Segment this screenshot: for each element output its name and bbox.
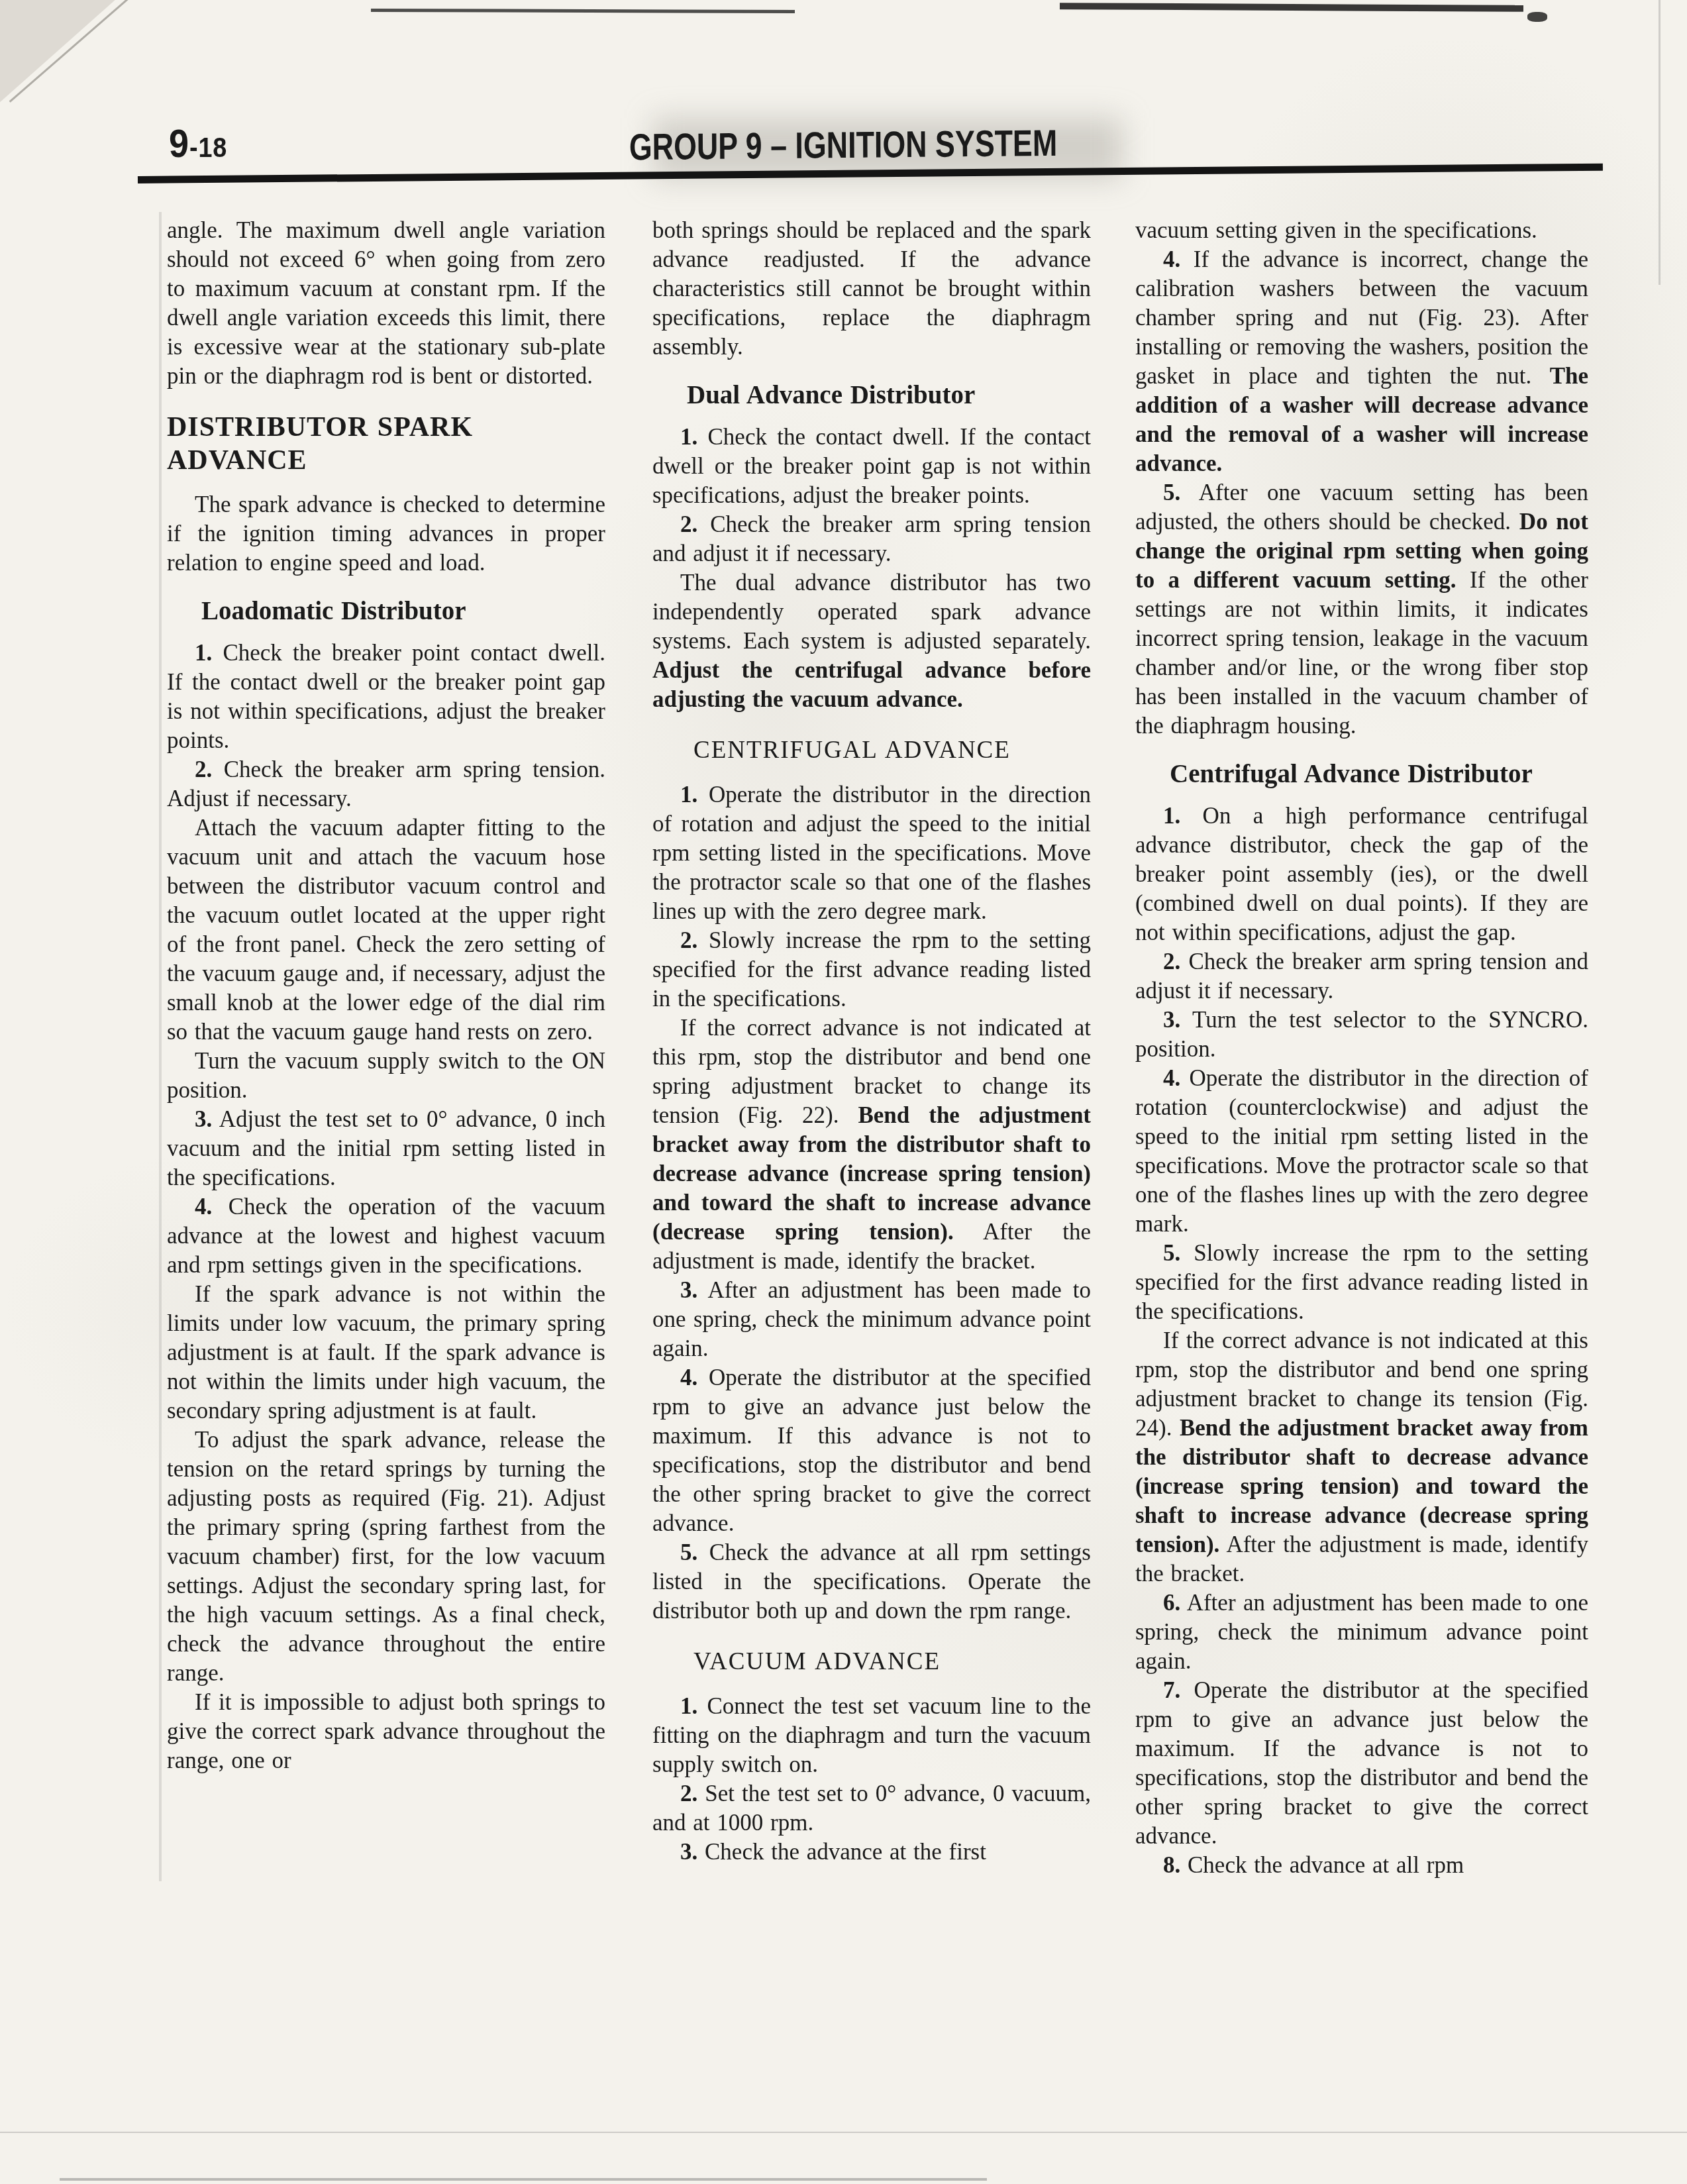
paragraph: angle. The maximum dwell angle variation…: [167, 216, 605, 391]
paragraph: 1. On a high performance centrifugal adv…: [1135, 802, 1588, 947]
text-run: vacuum setting given in the specificatio…: [1135, 217, 1537, 243]
paragraph: 4. Operate the distributor in the direct…: [1135, 1064, 1588, 1239]
sub-heading: Dual Advance Distributor: [652, 380, 1091, 411]
paragraph: 1. Check the breaker point contact dwell…: [167, 639, 605, 755]
bold-run: 1.: [1163, 803, 1180, 829]
page-title-text: GROUP 9 – IGNITION SYSTEM: [629, 121, 1058, 168]
text-run: Operate the distributor in the direction…: [652, 782, 1091, 924]
paragraph: 7. Operate the distributor at the specif…: [1135, 1676, 1588, 1851]
text-run: Check the breaker arm spring tension and…: [1135, 949, 1588, 1004]
scan-margin-streak: [159, 212, 162, 1881]
text-run: If it is impossible to adjust both sprin…: [167, 1689, 605, 1773]
caps-heading: CENTRIFUGAL ADVANCE: [652, 735, 1091, 766]
paragraph: 4. If the advance is incorrect, change t…: [1135, 245, 1588, 478]
paragraph: 2. Set the test set to 0° advance, 0 vac…: [652, 1779, 1091, 1838]
caps-heading: VACUUM ADVANCE: [652, 1647, 1091, 1677]
text-run: Adjust the test set to 0° advance, 0 inc…: [167, 1106, 605, 1190]
bold-run: 2.: [680, 927, 697, 953]
text-run: Slowly increase the rpm to the setting s…: [652, 927, 1091, 1012]
bold-run: 8.: [1163, 1852, 1180, 1878]
text-run: Check the breaker point contact dwell. I…: [167, 640, 605, 753]
text-run: Connect the test set vacuum line to the …: [652, 1693, 1091, 1777]
paragraph: 3. Adjust the test set to 0° advance, 0 …: [167, 1105, 605, 1192]
paragraph: 6. After an adjustment has been made to …: [1135, 1588, 1588, 1676]
paragraph: 1. Connect the test set vacuum line to t…: [652, 1692, 1091, 1779]
paragraph: 3. Check the advance at the first: [652, 1838, 1091, 1867]
bold-run: 2.: [680, 1781, 697, 1806]
paragraph: vacuum setting given in the specificatio…: [1135, 216, 1588, 245]
bold-run: 2.: [195, 756, 212, 782]
bold-run: 5.: [1163, 480, 1180, 505]
paragraph: To adjust the spark advance, release the…: [167, 1426, 605, 1688]
bold-run: 1.: [680, 1693, 697, 1719]
bold-run: 1.: [680, 782, 697, 807]
text-run: To adjust the spark advance, release the…: [167, 1427, 605, 1686]
bold-run: 1.: [680, 424, 697, 450]
paragraph: 4. Check the operation of the vacuum adv…: [167, 1192, 605, 1280]
paragraph: 3. Turn the test selector to the SYNCRO.…: [1135, 1006, 1588, 1064]
sub-heading: Centrifugal Advance Distributor: [1135, 759, 1588, 790]
paragraph: The dual advance distributor has two ind…: [652, 568, 1091, 714]
bold-run: 3.: [1163, 1007, 1180, 1033]
bold-run: 7.: [1163, 1677, 1180, 1703]
text-run: Check the contact dwell. If the contact …: [652, 424, 1091, 508]
paragraph: If the spark advance is not within the l…: [167, 1280, 605, 1426]
bold-run: 5.: [680, 1539, 697, 1565]
text-column: both springs should be replaced and the …: [652, 216, 1091, 2124]
scan-bottom-edge: [60, 2178, 987, 2181]
paragraph: If it is impossible to adjust both sprin…: [167, 1688, 605, 1775]
text-run: Attach the vacuum adapter fitting to the…: [167, 815, 605, 1045]
text-run: both springs should be replaced and the …: [652, 217, 1091, 360]
text-run: Operate the distributor in the direction…: [1135, 1065, 1588, 1237]
paragraph: 3. After an adjustment has been made to …: [652, 1276, 1091, 1363]
text-run: Check the advance at the first: [697, 1839, 986, 1865]
scan-edge-artifact: [371, 9, 795, 13]
scan-bottom-line: [0, 2132, 1687, 2133]
paragraph: 5. Slowly increase the rpm to the settin…: [1135, 1239, 1588, 1326]
text-run: The spark advance is checked to determin…: [167, 492, 605, 576]
paragraph: 5. Check the advance at all rpm settings…: [652, 1538, 1091, 1626]
bold-run: 4.: [1163, 1065, 1180, 1091]
text-run: After an adjustment has been made to one…: [652, 1277, 1091, 1361]
bold-run: 2.: [1163, 949, 1180, 974]
scan-corner-fold: [0, 0, 117, 103]
bold-run: 2.: [680, 511, 697, 537]
text-run: Check the advance at all rpm settings li…: [652, 1539, 1091, 1624]
text-column: angle. The maximum dwell angle variation…: [167, 216, 605, 2124]
paragraph: Attach the vacuum adapter fitting to the…: [167, 813, 605, 1047]
paragraph: 8. Check the advance at all rpm: [1135, 1851, 1588, 1880]
paragraph: both springs should be replaced and the …: [652, 216, 1091, 362]
paragraph: If the correct advance is not indicated …: [1135, 1326, 1588, 1588]
bold-run: 1.: [195, 640, 212, 666]
text-run: Check the operation of the vacuum advanc…: [167, 1194, 605, 1278]
bold-run: Adjust the centrifugal advance before ad…: [652, 657, 1091, 712]
text-run: On a high performance centrifugal advanc…: [1135, 803, 1588, 945]
bold-run: 6.: [1163, 1590, 1180, 1616]
text-run: The dual advance distributor has two ind…: [652, 570, 1091, 654]
text-run: Check the advance at all rpm: [1180, 1852, 1464, 1878]
bold-run: 4.: [1163, 246, 1180, 272]
sub-heading: Loadomatic Distributor: [167, 596, 605, 627]
text-run: Operate the distributor at the specified…: [1135, 1677, 1588, 1849]
text-run: After an adjustment has been made to one…: [1135, 1590, 1588, 1674]
paragraph: 5. After one vacuum setting has been adj…: [1135, 478, 1588, 741]
paragraph: 1. Operate the distributor in the direct…: [652, 780, 1091, 926]
paragraph: Turn the vacuum supply switch to the ON …: [167, 1047, 605, 1105]
text-column: vacuum setting given in the specificatio…: [1135, 216, 1588, 2124]
paragraph: 2. Check the breaker arm spring tension …: [652, 510, 1091, 568]
paragraph: 2. Check the breaker arm spring tension.…: [167, 755, 605, 813]
manual-page: 9-18 GROUP 9 – IGNITION SYSTEM angle. Th…: [0, 0, 1687, 2184]
text-run: Slowly increase the rpm to the setting s…: [1135, 1240, 1588, 1324]
text-run: Check the breaker arm spring tension. Ad…: [167, 756, 605, 811]
bold-run: 3.: [680, 1839, 697, 1865]
bold-run: 4.: [195, 1194, 212, 1220]
bold-run: 3.: [680, 1277, 697, 1303]
paragraph: The spark advance is checked to determin…: [167, 490, 605, 578]
paragraph: 4. Operate the distributor at the specif…: [652, 1363, 1091, 1538]
bold-run: 4.: [680, 1365, 697, 1390]
bold-run: 5.: [1163, 1240, 1180, 1266]
text-run: Set the test set to 0° advance, 0 vacuum…: [652, 1781, 1091, 1836]
text-run: Turn the test selector to the SYNCRO. po…: [1135, 1007, 1588, 1062]
scan-edge-artifact: [1527, 12, 1547, 22]
text-run: If the advance is incorrect, change the …: [1135, 246, 1588, 389]
paragraph: 1. Check the contact dwell. If the conta…: [652, 423, 1091, 510]
text-run: Turn the vacuum supply switch to the ON …: [167, 1048, 605, 1103]
text-run: angle. The maximum dwell angle variation…: [167, 217, 605, 389]
text-run: Operate the distributor at the specified…: [652, 1365, 1091, 1536]
paragraph: 2. Slowly increase the rpm to the settin…: [652, 926, 1091, 1014]
paragraph: If the correct advance is not indicated …: [652, 1014, 1091, 1276]
scan-edge-artifact: [1060, 3, 1523, 12]
section-heading: DISTRIBUTOR SPARK ADVANCE: [167, 411, 605, 477]
paragraph: 2. Check the breaker arm spring tension …: [1135, 947, 1588, 1006]
page-title: GROUP 9 – IGNITION SYSTEM: [0, 123, 1687, 166]
text-run: Check the breaker arm spring tension and…: [652, 511, 1091, 566]
bold-run: 3.: [195, 1106, 212, 1132]
text-run: If the spark advance is not within the l…: [167, 1281, 605, 1424]
